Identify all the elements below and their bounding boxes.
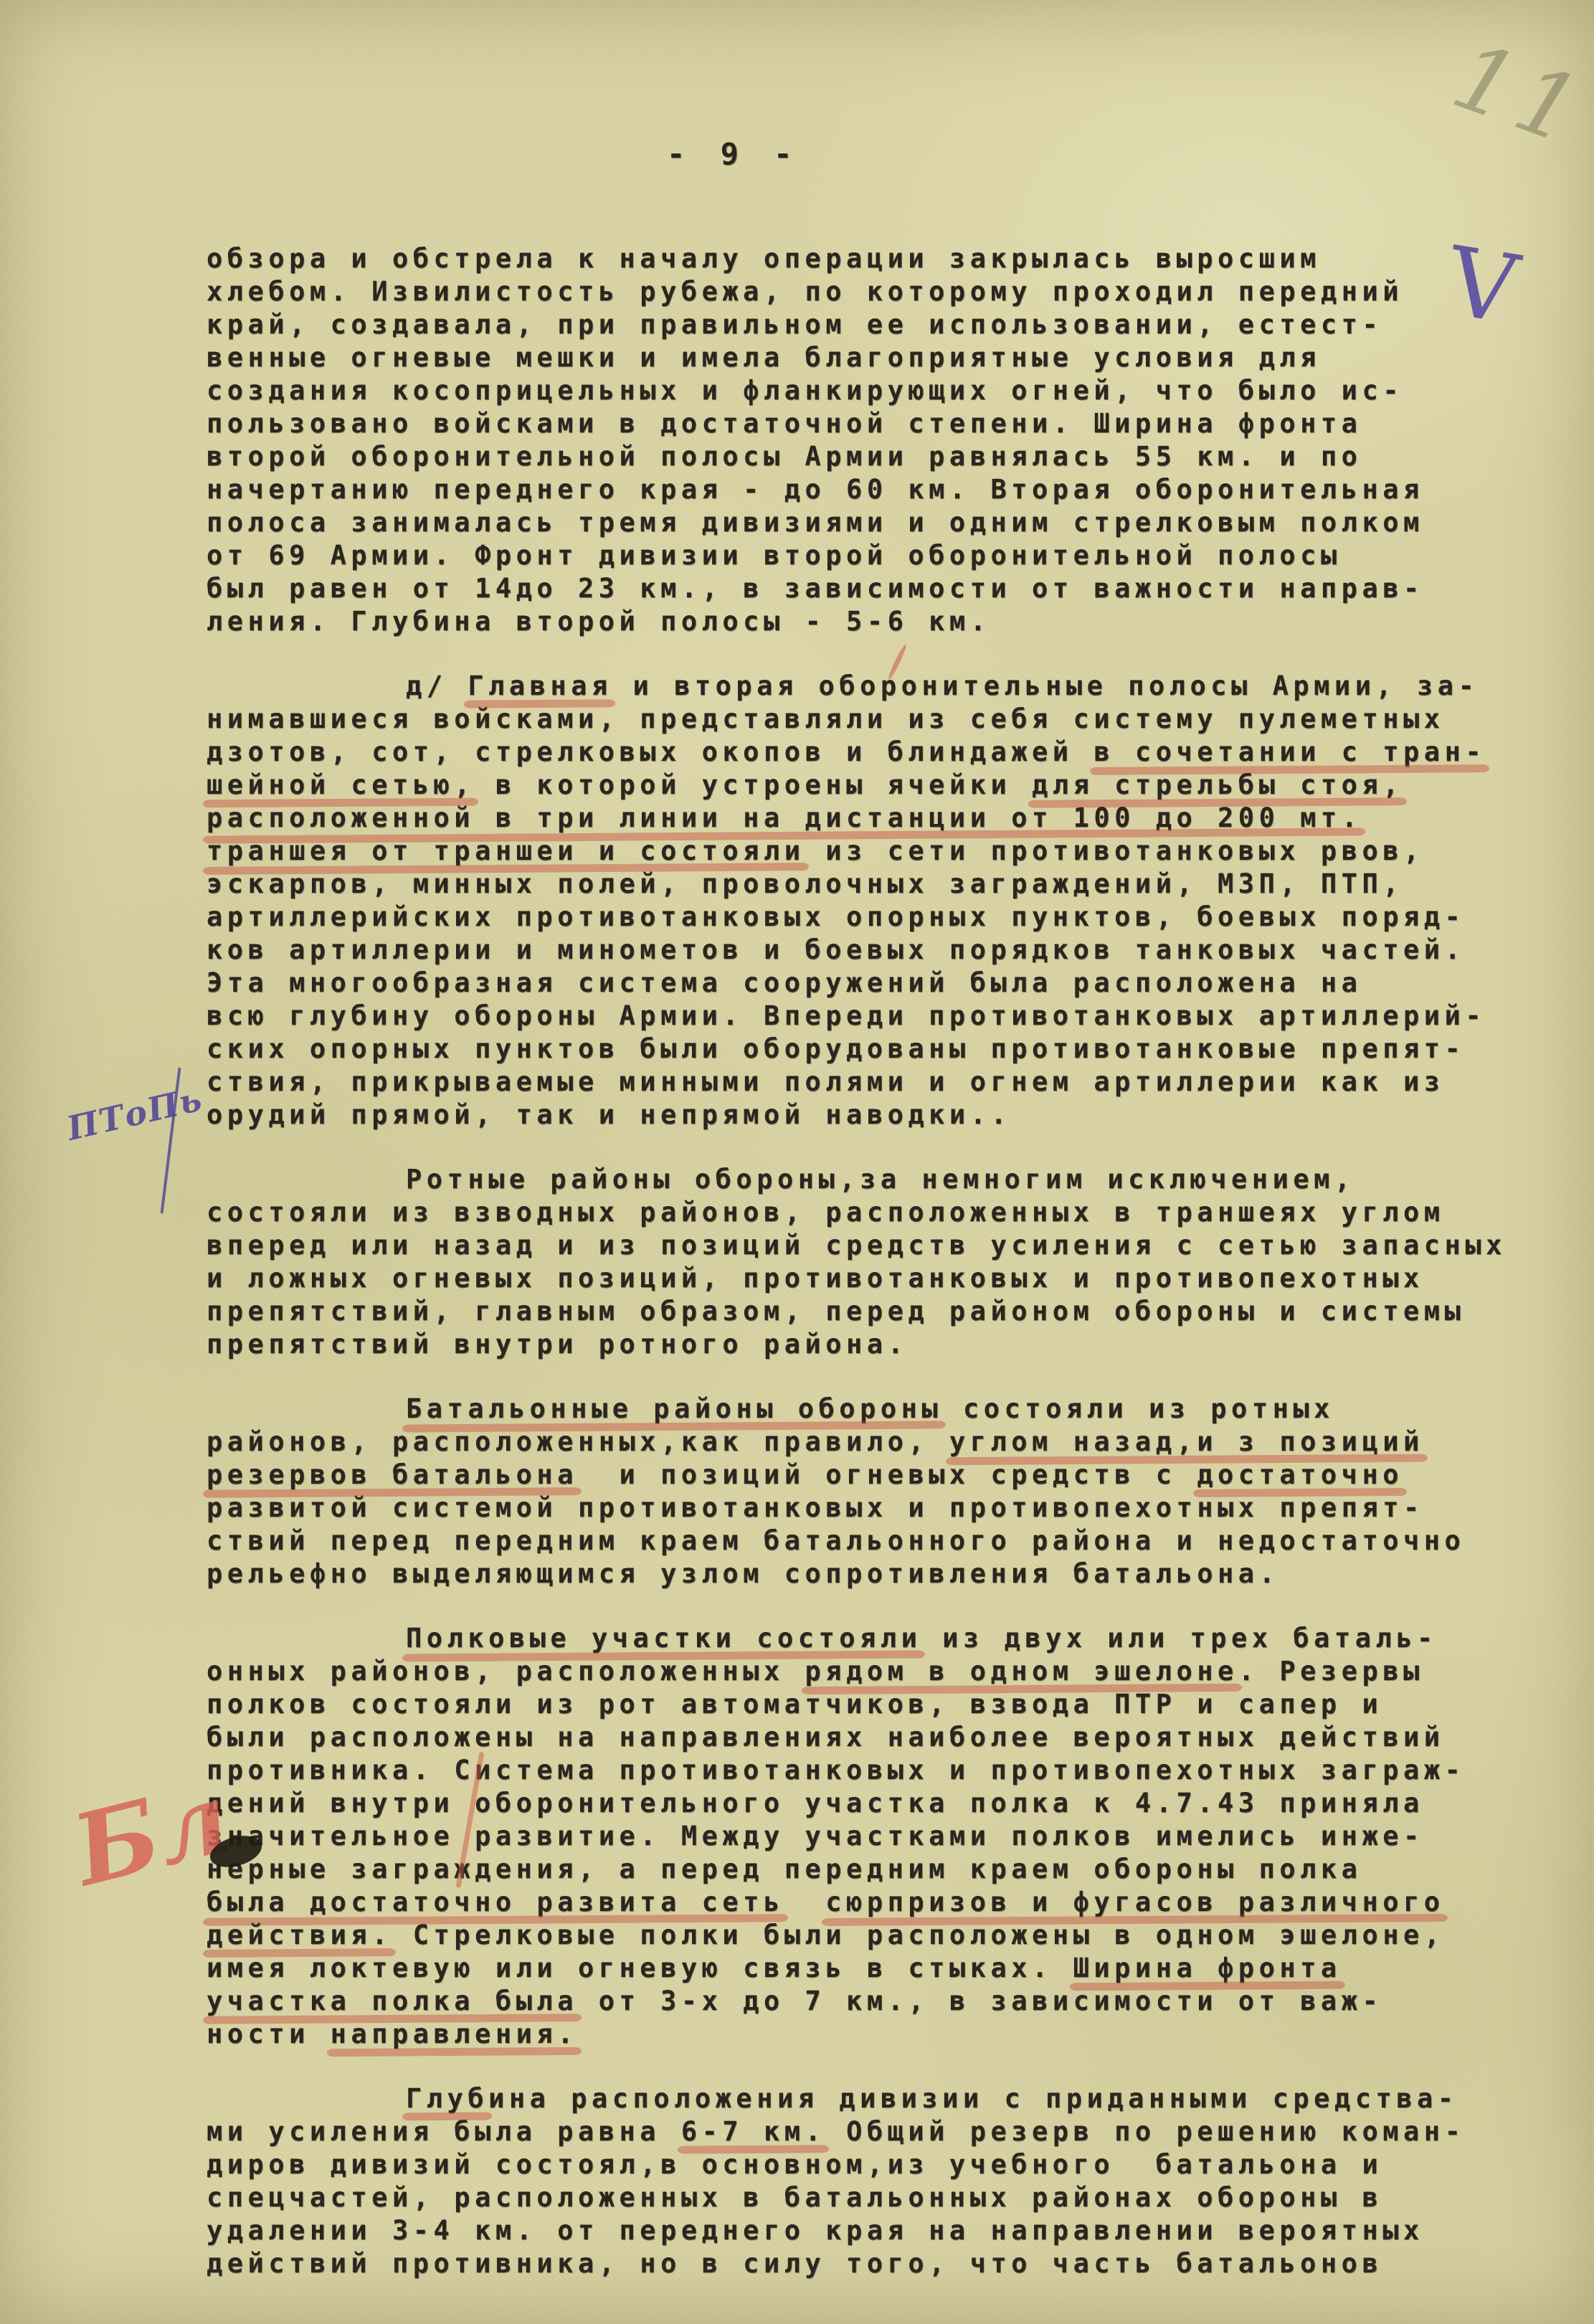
red-underlined-text: направления. xyxy=(331,2019,578,2049)
text-line: вперед или назад и из позиций средств ус… xyxy=(207,1229,1526,1262)
red-underlined-text: сюрпризов и фугасов различного xyxy=(825,1887,1444,1917)
paragraph: Батальонные районы обороны состояли из р… xyxy=(207,1393,1526,1590)
text-segment: значительное развитие. Между участками п… xyxy=(207,1821,1424,1851)
text-segment: начертанию переднего края - до 60 км. Вт… xyxy=(207,474,1424,505)
text-line: имея локтевую или огневую связь в стыках… xyxy=(207,1952,1526,1985)
margin-note-purple: ПТоПь xyxy=(63,1079,206,1148)
text-line: препятствий внутри ротного района. xyxy=(207,1328,1526,1361)
text-segment: и вторая оборонительные полосы Армии, за… xyxy=(612,670,1479,701)
text-segment: вперед или назад и из позиций средств ус… xyxy=(207,1230,1507,1261)
text-line: развитой системой противотанковых и прот… xyxy=(207,1491,1526,1524)
red-underlined-text: углом назад,и з позиций xyxy=(949,1426,1424,1457)
text-segment: от 69 Армии. Фронт дивизии второй оборон… xyxy=(207,540,1342,571)
paragraph: Глубина расположения дивизии с приданным… xyxy=(207,2082,1526,2280)
red-underlined-text: в сочетании с тран- xyxy=(1093,736,1486,767)
text-segment: противника. Система противотанковых и пр… xyxy=(207,1755,1465,1785)
text-line: спецчастей, расположенных в батальонных … xyxy=(207,2181,1526,2214)
text-line: траншея от траншеи и состояли из сети пр… xyxy=(207,835,1526,868)
text-segment: . Резервы xyxy=(1238,1656,1424,1687)
text-segment: ми усиления была равна xyxy=(207,2116,681,2147)
text-segment: действий противника, но в силу того, что… xyxy=(207,2248,1382,2279)
text-segment: создания косоприцельных и фланкирующих о… xyxy=(207,375,1403,406)
red-underlined-text: Батальонные районы обороны xyxy=(406,1393,942,1424)
text-segment: д/ xyxy=(406,670,468,701)
text-line: Ротные районы обороны,за немногим исключ… xyxy=(207,1163,1526,1196)
red-underlined-text: Главная xyxy=(468,670,612,701)
handwritten-pencil-page-number: 11 xyxy=(1440,22,1594,168)
red-underlined-text: для стрельбы стоя, xyxy=(1032,769,1403,800)
text-line: начертанию переднего края - до 60 км. Вт… xyxy=(207,473,1526,506)
text-line: обзора и обстрела к началу операции закр… xyxy=(207,242,1526,275)
text-line: дзотов, сот, стрелковых окопов и блиндаж… xyxy=(207,736,1526,769)
text-line: ствий перед передним краем батальонного … xyxy=(207,1524,1526,1557)
text-segment: полоса занималась тремя дивизиями и одни… xyxy=(207,507,1424,538)
red-underlined-text: Ширина фронта xyxy=(1073,1953,1342,1983)
text-line: орудий прямой, так и непрямой наводки.. xyxy=(207,1099,1526,1132)
text-segment xyxy=(784,1887,826,1917)
text-segment: имея локтевую или огневую связь в стыках… xyxy=(207,1953,1073,1983)
text-line: значительное развитие. Между участками п… xyxy=(207,1820,1526,1853)
text-line: дений внутри оборонительного участка пол… xyxy=(207,1787,1526,1820)
paragraph: обзора и обстрела к началу операции закр… xyxy=(207,242,1526,638)
text-line: расположенной в три линии на дистанции о… xyxy=(207,802,1526,835)
text-segment: край, создавала, при правильном ее испол… xyxy=(207,309,1382,340)
red-underlined-text: участка полка была xyxy=(207,1986,578,2016)
text-line: от 69 Армии. Фронт дивизии второй оборон… xyxy=(207,539,1526,572)
text-segment: дзотов, сот, стрелковых окопов и блиндаж… xyxy=(207,736,1093,767)
red-underlined-text: резервов батальона xyxy=(207,1459,578,1490)
text-segment: венные огневые мешки и имела благоприятн… xyxy=(207,342,1321,373)
text-line: Глубина расположения дивизии с приданным… xyxy=(207,2082,1526,2115)
text-line: край, создавала, при правильном ее испол… xyxy=(207,308,1526,341)
text-segment: и ложных огневых позиций, противотанковы… xyxy=(207,1263,1424,1294)
text-segment: Общий резерв по решению коман- xyxy=(825,2116,1465,2147)
text-segment: препятствий, главным образом, перед райо… xyxy=(207,1296,1465,1327)
red-underlined-text: достаточно xyxy=(1197,1459,1403,1490)
text-line: ности направления. xyxy=(207,2018,1526,2051)
red-underlined-text: расположенной в три линии на дистанции о… xyxy=(207,802,1362,833)
text-line: и ложных огневых позиций, противотанковы… xyxy=(207,1262,1526,1295)
text-segment: Эта многообразная система сооружений был… xyxy=(207,967,1362,998)
text-segment: второй оборонительной полосы Армии равня… xyxy=(207,441,1362,472)
text-line: состояли из взводных районов, расположен… xyxy=(207,1196,1526,1229)
text-segment: обзора и обстрела к началу операции закр… xyxy=(207,243,1321,274)
text-segment: ствия, прикрываемые минными полями и огн… xyxy=(207,1066,1445,1097)
text-segment: орудий прямой, так и непрямой наводки.. xyxy=(207,1099,1011,1130)
text-segment: диров дивизий состоял,в основном,из учеб… xyxy=(207,2149,1382,2180)
text-block: обзора и обстрела к началу операции закр… xyxy=(207,242,1526,2280)
text-segment: спецчастей, расположенных в батальонных … xyxy=(207,2182,1382,2213)
scanned-document-page: - 9 - 11 V обзора и обстрела к началу оп… xyxy=(0,0,1594,2324)
text-line: противника. Система противотанковых и пр… xyxy=(207,1754,1526,1787)
text-segment: от 3-х до 7 км., в зависимости от важ- xyxy=(578,1986,1382,2016)
text-line: диров дивизий состоял,в основном,из учеб… xyxy=(207,2148,1526,2181)
text-line: всю глубину обороны Армии. Впереди проти… xyxy=(207,1000,1526,1033)
text-segment: ков артиллерии и минометов и боевых поря… xyxy=(207,934,1465,965)
text-line: удалении 3-4 км. от переднего края на на… xyxy=(207,2214,1526,2247)
text-line: ми усиления была равна 6-7 км. Общий рез… xyxy=(207,2115,1526,2148)
text-segment: в которой устроены ячейки xyxy=(475,769,1032,800)
text-line: пользовано войсками в достаточной степен… xyxy=(207,407,1526,440)
text-segment: дений внутри оборонительного участка пол… xyxy=(207,1788,1424,1818)
text-line: шейной сетью, в которой устроены ячейки … xyxy=(207,769,1526,802)
text-line: резервов батальона и позиций огневых сре… xyxy=(207,1459,1526,1491)
text-segment: препятствий внутри ротного района. xyxy=(207,1329,908,1360)
text-segment: рельефно выделяющимся узлом сопротивлени… xyxy=(207,1558,1279,1589)
text-line: д/ Главная и вторая оборонительные полос… xyxy=(207,670,1526,703)
red-underlined-text: Полковые участки состояли xyxy=(406,1623,921,1654)
red-underlined-text: траншея от траншеи и состояли xyxy=(207,835,805,866)
text-segment: хлебом. Извилистость рубежа, по которому… xyxy=(207,276,1403,307)
text-segment: были расположены на направлениях наиболе… xyxy=(207,1722,1445,1753)
text-segment: ина расположения дивизии с приданными ср… xyxy=(488,2083,1458,2114)
red-underlined-text: была достаточно развита сеть xyxy=(207,1887,784,1917)
text-line: действий противника, но в силу того, что… xyxy=(207,2247,1526,2280)
text-segment: пользовано войсками в достаточной степен… xyxy=(207,408,1362,439)
text-segment: ских опорных пунктов были оборудованы пр… xyxy=(207,1033,1465,1064)
text-segment: нимавшиеся войсками, представляли из себ… xyxy=(207,703,1445,734)
text-segment: из двух или трех баталь- xyxy=(921,1623,1437,1654)
text-line: ления. Глубина второй полосы - 5-6 км. xyxy=(207,605,1526,638)
text-segment: Ротные районы обороны,за немногим исключ… xyxy=(406,1164,1355,1195)
text-line: полоса занималась тремя дивизиями и одни… xyxy=(207,506,1526,539)
text-line: была достаточно развита сеть сюрпризов и… xyxy=(207,1886,1526,1919)
text-line: нерные заграждения, а перед передним кра… xyxy=(207,1853,1526,1886)
text-line: были расположены на направлениях наиболе… xyxy=(207,1721,1526,1754)
text-segment: всю глубину обороны Армии. Впереди проти… xyxy=(207,1000,1486,1031)
text-line: артиллерийских противотанковых опорных п… xyxy=(207,901,1526,934)
text-segment: ствий перед передним краем батальонного … xyxy=(207,1525,1465,1556)
red-underlined-text: шейной сетью, xyxy=(207,769,475,800)
paragraph: Полковые участки состояли из двух или тр… xyxy=(207,1622,1526,2051)
text-line: венные огневые мешки и имела благоприятн… xyxy=(207,341,1526,374)
text-line: второй оборонительной полосы Армии равня… xyxy=(207,440,1526,473)
text-line: был равен от 14до 23 км., в зависимости … xyxy=(207,572,1526,605)
page-number-header: - 9 - xyxy=(667,136,800,171)
text-line: ских опорных пунктов были оборудованы пр… xyxy=(207,1033,1526,1066)
text-segment: полков состояли из рот автоматчиков, взв… xyxy=(207,1689,1382,1720)
text-line: Эта многообразная система сооружений был… xyxy=(207,967,1526,1000)
text-line: ствия, прикрываемые минными полями и огн… xyxy=(207,1066,1526,1099)
text-line: участка полка была от 3-х до 7 км., в за… xyxy=(207,1985,1526,2018)
text-line: Полковые участки состояли из двух или тр… xyxy=(207,1622,1526,1655)
text-line: Батальонные районы обороны состояли из р… xyxy=(207,1393,1526,1426)
text-segment: из сети противотанковых рвов, xyxy=(805,835,1424,866)
text-segment: артиллерийских противотанковых опорных п… xyxy=(207,901,1465,932)
paragraph: д/ Главная и вторая оборонительные полос… xyxy=(207,670,1526,1132)
text-segment: нерные заграждения, а перед передним кра… xyxy=(207,1854,1362,1884)
text-line: препятствий, главным образом, перед райо… xyxy=(207,1295,1526,1328)
red-underlined-text: рядом в одном эшелоне xyxy=(805,1656,1238,1687)
red-underlined-text: действия. xyxy=(207,1920,392,1950)
red-underlined-text: 6-7 км. xyxy=(681,2116,825,2147)
text-segment: состояли из ротных xyxy=(942,1393,1334,1424)
text-line: ков артиллерии и минометов и боевых поря… xyxy=(207,934,1526,967)
red-underlined-text: Глуб xyxy=(406,2083,488,2114)
text-segment: удалении 3-4 км. от переднего края на на… xyxy=(207,2215,1424,2246)
text-segment: состояли из взводных районов, расположен… xyxy=(207,1197,1445,1228)
text-segment: ления. Глубина второй полосы - 5-6 км. xyxy=(207,606,990,637)
text-segment: был равен от 14до 23 км., в зависимости … xyxy=(207,573,1424,604)
text-line: рельефно выделяющимся узлом сопротивлени… xyxy=(207,1557,1526,1590)
text-line: создания косоприцельных и фланкирующих о… xyxy=(207,374,1526,407)
text-line: хлебом. Извилистость рубежа, по которому… xyxy=(207,275,1526,308)
paragraph: Ротные районы обороны,за немногим исключ… xyxy=(207,1163,1526,1361)
text-line: нимавшиеся войсками, представляли из себ… xyxy=(207,703,1526,736)
